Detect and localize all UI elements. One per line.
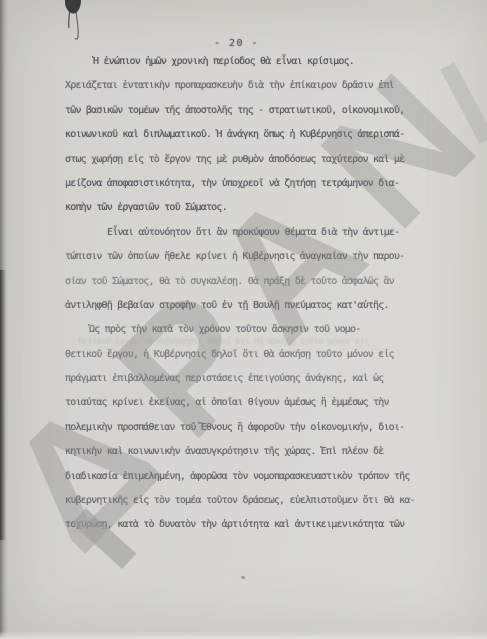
text-line: τῶν βασικῶν τομέων τῆς ἀποστολῆς της - σ… (65, 99, 435, 123)
text-line: κοινωνικοῦ καὶ διπλωματικοῦ. Ἡ ἀνάγκη ὅπ… (65, 123, 435, 147)
text-line: πράγματι ἐπιβαλλομένας περιστάσεις ἐπειγ… (65, 367, 435, 391)
text-line: ἀντιληφθῇ βεβαίαν στροφὴν τοῦ ἐν τῇ Βουλ… (65, 294, 435, 318)
ink-stain (55, 0, 105, 45)
scan-edge-left-dark (0, 270, 6, 540)
text-line: θετικοῦ ἔργου, ἡ Κυβέρνησις δηλοῖ ὅτι θὰ… (65, 343, 435, 367)
text-line: Χρειάζεται ἐντατικὴν προπαρασκευὴν διὰ τ… (65, 74, 435, 98)
text-line: τοχυρώσῃ, κατὰ τὸ δυνατὸν τὴν ἀρτιότητα … (65, 513, 435, 537)
text-line: κητικὴν καὶ κοινωνικὴν ἀνασυγκρότησιν τῆ… (65, 440, 435, 464)
text-line: στως χωρήσῃ εἰς τὸ ἔργον της μὲ ρυθμὸν ἀ… (65, 148, 435, 172)
paper-speck (241, 576, 245, 579)
text-line: Εἶναι αὐτονόητον ὅτι ἂν προκύψουν θέματα… (65, 221, 435, 245)
text-line: διαδικασία ἐπιμελημένη, ἀφορῶσα τὸν νομο… (65, 465, 435, 489)
text-line: κοπὴν τῶν ἐργασιῶν τοῦ Σώματος. (65, 196, 435, 220)
text-line: τώπισιν τῶν ὁποίων ἤθελε κρίνει ἡ Κυβέρν… (65, 245, 435, 269)
text-line: κυβερνητικῆς εἰς τὸν τομέα τοῦτον δράσεω… (65, 489, 435, 513)
text-line: Ἡ ἐνώπιον ἡμῶν χρονικὴ περίοδος θὰ εἶναι… (65, 50, 435, 74)
text-line: Ὡς πρὸς τὴν κατὰ τὸν χρόνον τοῦτον ἄσκησ… (65, 318, 435, 342)
text-line: σίαν τοῦ Σώματος, θὰ τὸ συγκαλέσῃ. Θὰ πρ… (65, 270, 435, 294)
scan-edge-bottom (0, 631, 487, 639)
text-line: μείζονα ἀποφασιστικότητα, τὴν ὑποχρεοῖ ν… (65, 172, 435, 196)
document-text: Ἡ ἐνώπιον ἡμῶν χρονικὴ περίοδος θὰ εἶναι… (65, 50, 435, 538)
text-line: πολεμικὴν προσπάθειαν τοῦ Ἔθνους ἢ ἀφορο… (65, 416, 435, 440)
tape-strip-top-right (440, 62, 487, 144)
scanned-page: - 20 - θετικοῦ ἔργου, ἡ Κυβέρνησις δηλοῖ… (0, 0, 487, 639)
text-line: τοιαύτας κρίνει ἐκείνας, αἱ ὁποῖαι θίγου… (65, 391, 435, 415)
